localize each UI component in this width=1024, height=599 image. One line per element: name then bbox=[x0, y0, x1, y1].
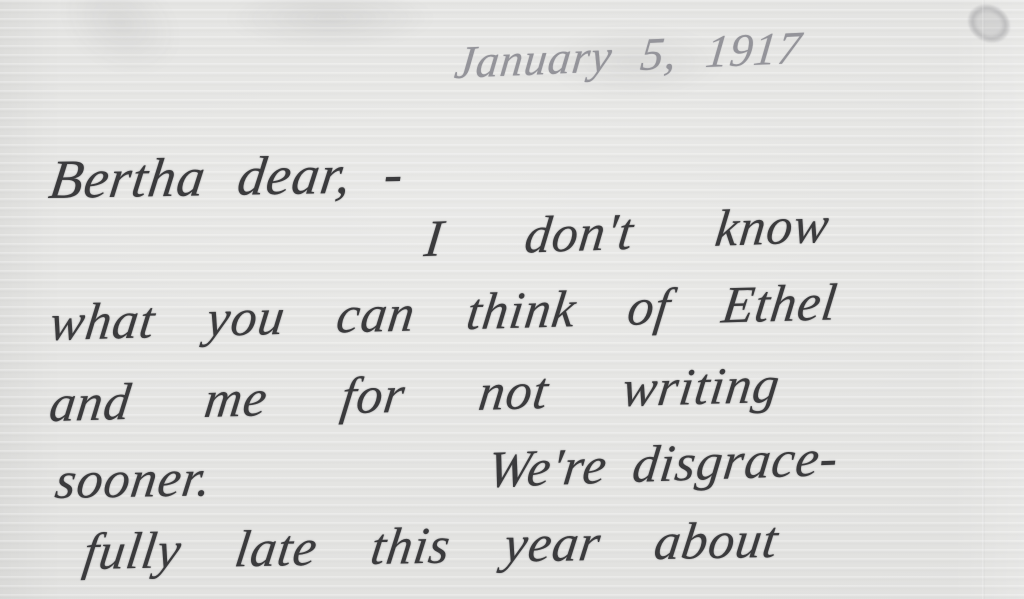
letter-line: sooner. bbox=[52, 449, 216, 511]
letter-line: what you can think of Ethel bbox=[46, 273, 841, 353]
letter-page: January 5, 1917 Bertha dear, - I don't k… bbox=[0, 0, 1024, 599]
letter-date: January 5, 1917 bbox=[452, 21, 805, 89]
paper-smudge-streak bbox=[40, 0, 201, 97]
paper-smudge bbox=[225, 0, 435, 50]
letter-line: and me for not writing bbox=[46, 356, 784, 434]
letter-line: I don't know bbox=[421, 196, 833, 269]
letter-salutation: Bertha dear, - bbox=[46, 142, 409, 211]
letter-line: We're disgrace- bbox=[484, 429, 842, 501]
oval-stamp-smudge bbox=[961, 0, 1017, 50]
paper-crease bbox=[982, 0, 985, 599]
letter-line: fully late this year about bbox=[80, 511, 783, 582]
